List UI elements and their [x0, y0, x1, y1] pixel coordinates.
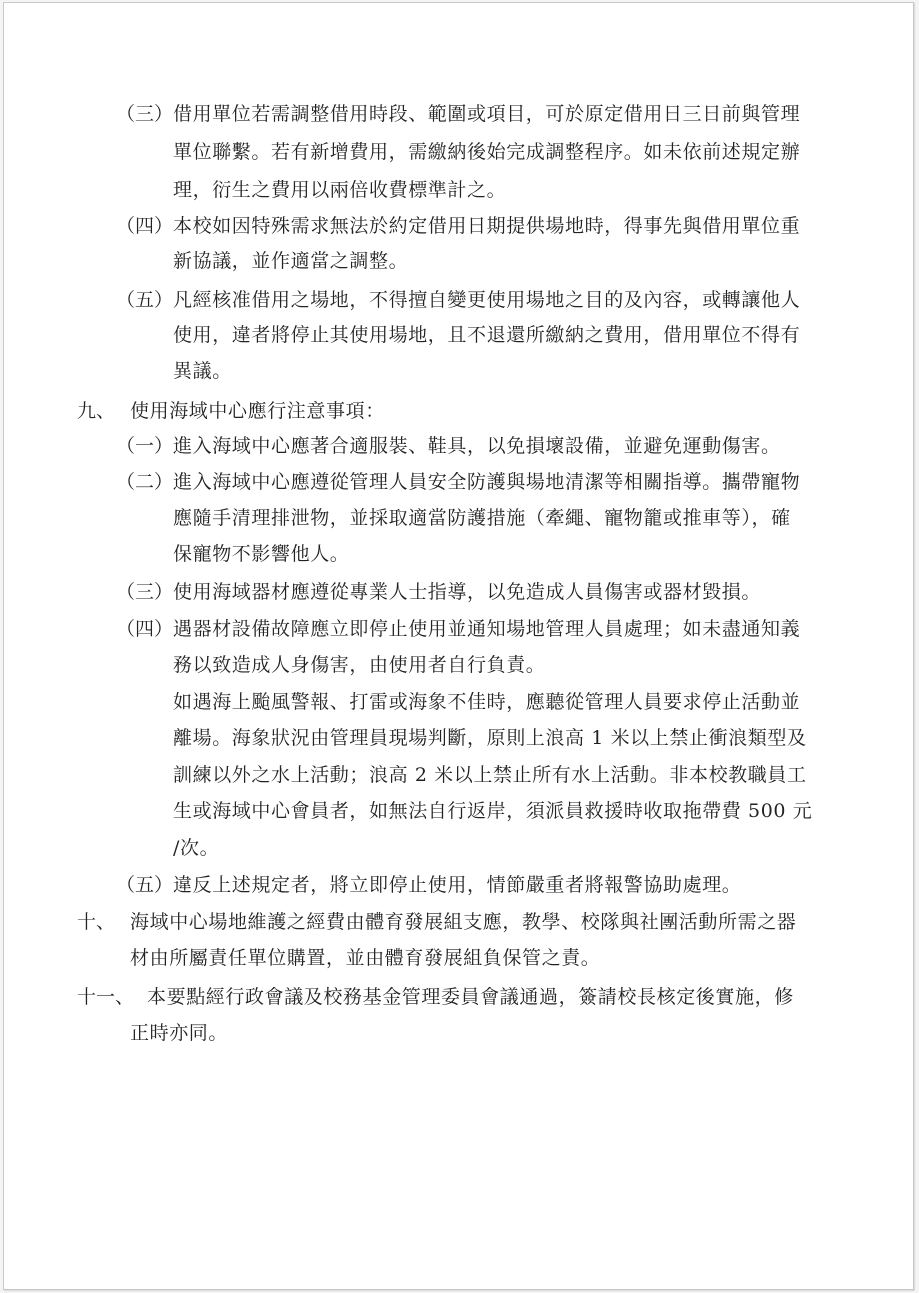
text-line: /次。: [173, 836, 219, 860]
text-line: 進入海域中心應遵從管理人員安全防護與場地清潔等相關指導。攜帶寵物: [173, 470, 800, 494]
item-marker: （二）: [116, 470, 173, 494]
text-line: 違反上述規定者，將立即停止使用，情節嚴重者將報警協助處理。: [173, 873, 741, 897]
text-line: 務以致造成人身傷害，由使用者自行負責。: [173, 653, 545, 677]
text-line: 使用海域器材應遵從專業人士指導，以免造成人員傷害或器材毀損。: [173, 580, 761, 604]
item-marker: （四）: [116, 214, 173, 238]
item-marker: （五）: [116, 288, 173, 312]
text-line: 進入海域中心應著合適服裝、鞋具，以免損壞設備，並避免運動傷害。: [173, 434, 781, 458]
text-line: 如遇海上颱風警報、打雷或海象不佳時，應聽從管理人員要求停止活動並: [173, 690, 800, 714]
text-line: 新協議，並作適當之調整。: [173, 249, 408, 273]
text-line: 借用單位若需調整借用時段、範圍或項目，可於原定借用日三日前與管理: [173, 102, 800, 126]
text-line: 正時亦同。: [130, 1021, 228, 1045]
text-line: 離場。海象狀況由管理員現場判斷，原則上浪高 1 米以上禁止衝浪類型及: [173, 726, 807, 750]
text-line: 生或海域中心會員者，如無法自行返岸，須派員救援時收取拖帶費 500 元: [173, 799, 812, 823]
text-line: 使用，違者將停止其使用場地，且不退還所繳納之費用，借用單位不得有: [173, 323, 800, 347]
section-heading: 使用海域中心應行注意事項：: [130, 399, 385, 423]
text-line: 本要點經行政會議及校務基金管理委員會議通過，簽請校長核定後實施，修: [147, 985, 794, 1009]
document-page: （三） 借用單位若需調整借用時段、範圍或項目，可於原定借用日三日前與管理 單位聯…: [3, 2, 914, 1290]
text-line: 凡經核准借用之場地，不得擅自變更使用場地之目的及內容，或轉讓他人: [173, 288, 800, 312]
text-line: 訓練以外之水上活動；浪高 2 米以上禁止所有水上活動。非本校教職員工: [173, 763, 807, 787]
text-line: 本校如因特殊需求無法於約定借用日期提供場地時，得事先與借用單位重: [173, 214, 800, 238]
text-line: 單位聯繫。若有新增費用，需繳納後始完成調整程序。如未依前述規定辦: [173, 140, 800, 164]
text-line: 材由所屬責任單位購置，並由體育發展組負保管之責。: [130, 946, 600, 970]
text-line: 遇器材設備故障應立即停止使用並通知場地管理人員處理；如未盡通知義: [173, 617, 800, 641]
text-line: 海域中心場地維護之經費由體育發展組支應，教學、校隊與社團活動所需之器: [130, 910, 796, 934]
item-marker: （一）: [116, 434, 173, 458]
section-marker: 十、: [77, 910, 115, 934]
item-marker: （三）: [116, 580, 173, 604]
text-line: 保寵物不影響他人。: [173, 542, 349, 566]
item-marker: （三）: [116, 102, 173, 126]
section-marker: 九、: [77, 399, 115, 423]
text-line: 異議。: [173, 359, 232, 383]
text-line: 理，衍生之費用以兩倍收費標準計之。: [173, 178, 506, 202]
section-marker: 十一、: [77, 985, 134, 1009]
text-line: 應隨手清理排泄物，並採取適當防護措施（牽繩、寵物籠或推車等），確: [173, 506, 791, 530]
item-marker: （四）: [116, 617, 173, 641]
item-marker: （五）: [116, 873, 173, 897]
